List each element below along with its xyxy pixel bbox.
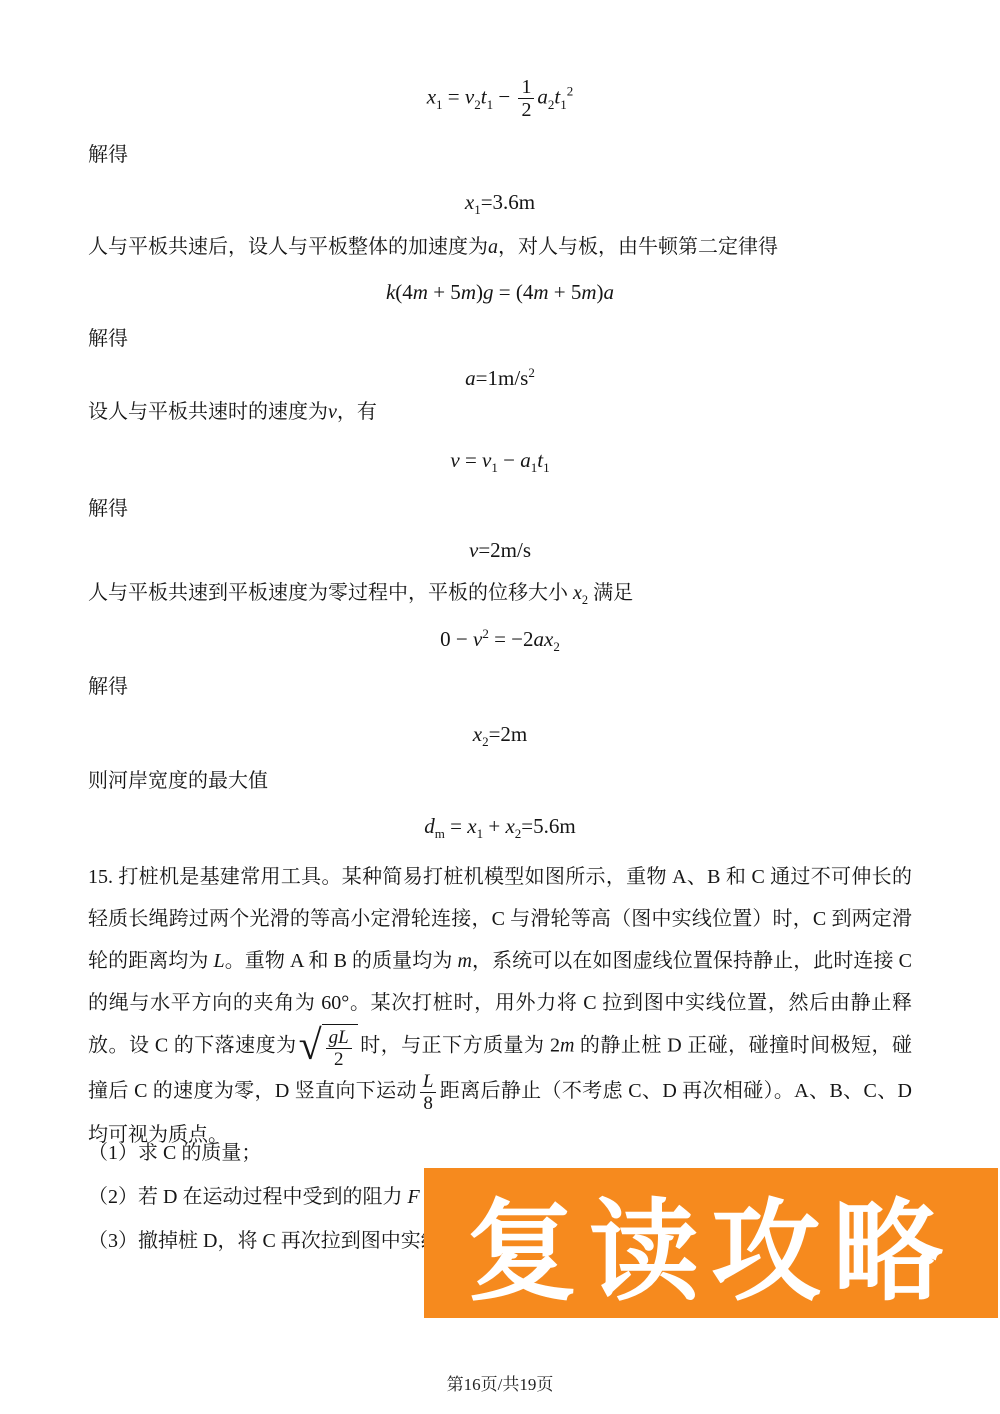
solve-label-1: 解得 — [88, 142, 912, 169]
promo-banner-text: 复读攻略 — [467, 1164, 955, 1322]
solve-label-3: 解得 — [88, 496, 912, 523]
promo-banner: 复读攻略 — [424, 1168, 998, 1318]
equation-v-squared: 0 − v2 = −2ax2 — [88, 625, 912, 653]
equation-v-value: v=2m/s — [88, 536, 912, 564]
page-number-footer: 第16页/共19页 — [0, 1370, 1000, 1395]
equation-x2-value: x2=2m — [88, 720, 912, 748]
equation-x1-value: x1=3.6m — [88, 188, 912, 216]
solve-label-2: 解得 — [88, 326, 912, 353]
equation-x1-definition: x1 = v2t1 − 12a2t12 — [88, 76, 912, 122]
equation-a-value: a=1m/s2 — [88, 364, 912, 392]
paragraph-common-speed: 设人与平板共速时的速度为v，有 — [88, 399, 912, 426]
paragraph-bank-width: 则河岸宽度的最大值 — [88, 768, 912, 795]
equation-newton: k(4m + 5m)g = (4m + 5m)a — [88, 278, 912, 306]
document-page: x1 = v2t1 − 12a2t12 解得 x1=3.6m 人与平板共速后，设… — [0, 0, 1000, 1414]
problem-15-statement: 15. 打桩机是基建常用工具。某种简易打桩机模型如图所示，重物 A、B 和 C … — [88, 856, 912, 1156]
problem-15-question-1: （1）求 C 的质量； — [88, 1140, 912, 1167]
paragraph-displacement: 人与平板共速到平板速度为零过程中，平板的位移大小 x2 满足 — [88, 580, 912, 607]
equation-dm: dm = x1 + x2=5.6m — [88, 812, 912, 840]
paragraph-acceleration: 人与平板共速后，设人与平板整体的加速度为a，对人与板，由牛顿第二定律得 — [88, 234, 912, 261]
solve-label-4: 解得 — [88, 674, 912, 701]
equation-v-definition: v = v1 − a1t1 — [88, 446, 912, 474]
